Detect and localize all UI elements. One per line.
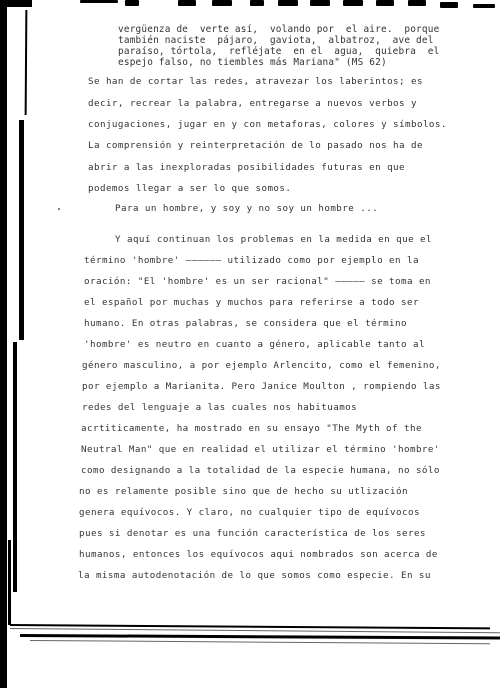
quote-line: paraíso, tórtola, refléjate en el agua, … xyxy=(118,46,439,57)
scan-top-dash xyxy=(250,0,264,6)
section-subheading: Para un hombre, y soy y no soy un hombre… xyxy=(115,203,378,215)
quote-line: también naciste pájaro, gaviota, albatro… xyxy=(118,35,434,46)
quote-line: vergüenza de verte así, volando por el a… xyxy=(118,24,439,35)
scan-margin-line xyxy=(19,120,24,340)
paragraph-line: podemos llegar a ser lo que somos. xyxy=(88,183,291,195)
paragraph-line: 'hombre' es neutro en cuanto a género, a… xyxy=(84,339,425,351)
paragraph-line: género masculino, a por ejemplo Arlencit… xyxy=(82,360,441,372)
paragraph-line: oración: "El 'hombre' es un ser racional… xyxy=(84,276,431,288)
paragraph-line: redes del lenguaje a las cuales nos habi… xyxy=(82,402,357,414)
paragraph-line: decir, recrear la palabra, entregarse a … xyxy=(88,98,417,110)
paragraph-line: La comprensión y reinterpretación de lo … xyxy=(88,140,423,152)
scan-top-dash xyxy=(178,0,196,6)
scan-speck xyxy=(58,208,60,210)
scan-top-dash xyxy=(473,4,495,8)
paragraph-line: conjugaciones, jugar en y con metaforas,… xyxy=(88,119,447,131)
scan-margin-line xyxy=(13,342,17,592)
paragraph-line: acrtiticamente, ha mostrado en su ensayo… xyxy=(81,423,422,435)
quote-line: espejo falso, no tiembles más Mariana" (… xyxy=(118,57,387,68)
scan-top-dash xyxy=(278,0,298,6)
scan-left-border xyxy=(0,0,7,688)
paragraph-line: humanos, entonces los equívocos aqui nom… xyxy=(79,549,438,561)
scan-top-dash xyxy=(408,0,426,6)
scan-top-dash xyxy=(212,0,232,6)
paragraph-line: el español por muchas y muchos para refe… xyxy=(84,297,419,309)
paragraph-line: humano. En otras palabras, se considera … xyxy=(84,318,407,330)
paragraph-line: Se han de cortar las redes, atravezar lo… xyxy=(88,76,423,88)
scan-top-corner xyxy=(0,0,32,7)
paragraph-line: pues si denotar es una función caracterí… xyxy=(79,528,426,540)
scan-bottom-rule xyxy=(20,634,500,640)
scan-top-dash xyxy=(80,0,118,3)
scan-top-dash xyxy=(440,2,458,8)
scan-top-dash xyxy=(343,0,363,6)
paragraph-line: abrir a las inexploradas posibilidades f… xyxy=(88,162,405,174)
scan-margin-line xyxy=(8,540,11,625)
paragraph-line: no es relamente posible sino que de hech… xyxy=(79,486,408,498)
paragraph-line: por ejemplo a Marianita. Pero Janice Mou… xyxy=(82,381,441,393)
paragraph-line: genera equívocos. Y claro, no cualquier … xyxy=(79,507,420,519)
scan-bottom-rule xyxy=(30,640,490,644)
paragraph-line: término 'hombre' —————— utilizado como p… xyxy=(84,255,419,267)
scan-margin-line xyxy=(25,10,28,115)
scan-top-dash xyxy=(125,0,139,6)
scan-top-dash xyxy=(376,0,394,6)
paragraph-line: Neutral Man" que en realidad el utilizar… xyxy=(81,444,440,456)
paragraph-line: como designando a la totalidad de la esp… xyxy=(81,465,440,477)
scan-top-dash xyxy=(310,0,330,6)
paragraph-line: Y aquí continuan los problemas en la med… xyxy=(115,234,432,246)
scanned-page: vergüenza de verte así, volando por el a… xyxy=(0,0,500,688)
paragraph-line: la misma autodenotación de lo que somos … xyxy=(78,570,431,582)
